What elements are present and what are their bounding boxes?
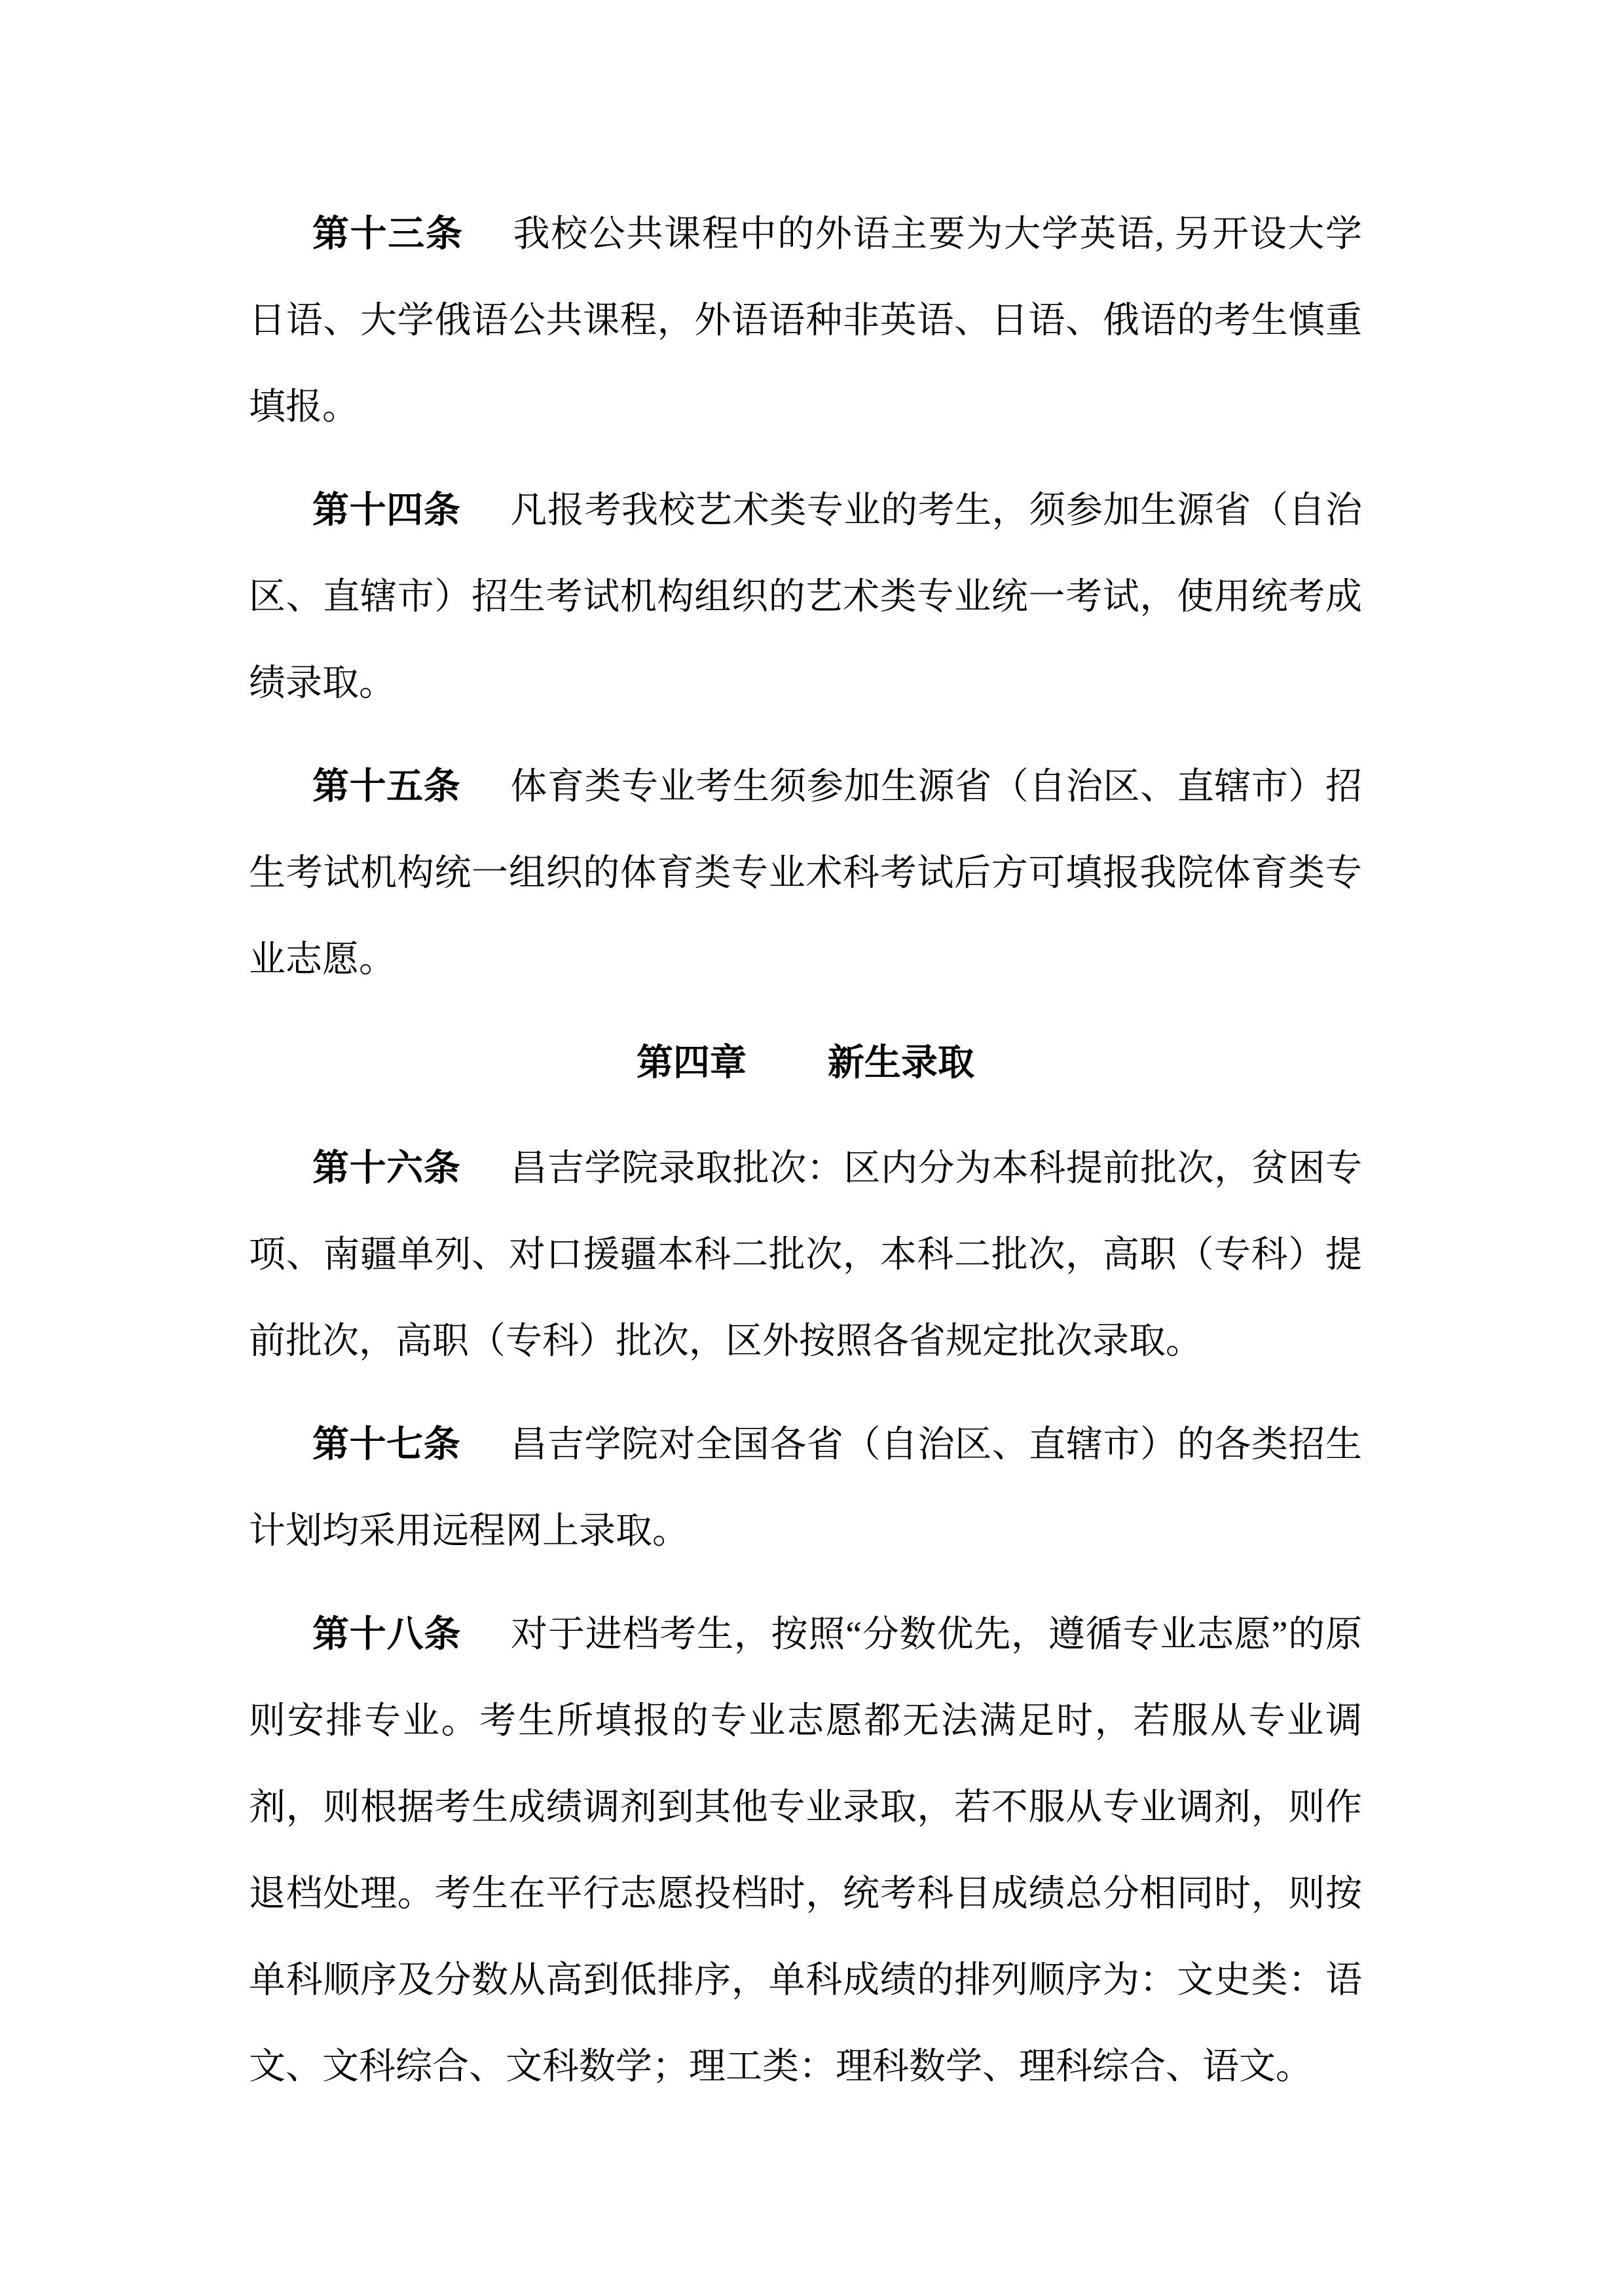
article-13-paragraph: 第十三条我校公共课程中的外语主要为大学英语, 另开设大学日语、大学俄语公共课程，… <box>249 191 1362 450</box>
document-page: 第十三条我校公共课程中的外语主要为大学英语, 另开设大学日语、大学俄语公共课程，… <box>0 0 1624 2296</box>
chapter-title: 新生录取 <box>828 1043 974 1084</box>
article-18-label: 第十八条 <box>312 1614 461 1655</box>
article-16-paragraph: 第十六条昌吉学院录取批次：区内分为本科提前批次，贫困专项、南疆单列、对口援疆本科… <box>249 1125 1362 1385</box>
article-17-label: 第十七条 <box>312 1425 460 1465</box>
article-18-text: 对于进档考生，按照“分数优先，遵循专业志愿”的原则安排专业。考生所填报的专业志愿… <box>249 1614 1362 2087</box>
article-15-label: 第十五条 <box>312 767 460 807</box>
chapter-heading: 第四章新生录取 <box>249 1020 1362 1106</box>
article-14-paragraph: 第十四条凡报考我校艺术类专业的考生，须参加生源省（自治区、直辖市）招生考试机构组… <box>249 467 1362 727</box>
article-16-label: 第十六条 <box>312 1148 460 1189</box>
chapter-number: 第四章 <box>637 1043 747 1084</box>
article-14-label: 第十四条 <box>312 490 460 531</box>
article-15-paragraph: 第十五条体育类专业考生须参加生源省（自治区、直辖市）招生考试机构统一组织的体育类… <box>249 744 1362 1003</box>
article-13-label: 第十三条 <box>312 214 464 255</box>
article-17-paragraph: 第十七条昌吉学院对全国各省（自治区、直辖市）的各类招生计划均采用远程网上录取。 <box>249 1402 1362 1575</box>
article-18-paragraph: 第十八条对于进档考生，按照“分数优先，遵循专业志愿”的原则安排专业。考生所填报的… <box>249 1592 1362 2110</box>
